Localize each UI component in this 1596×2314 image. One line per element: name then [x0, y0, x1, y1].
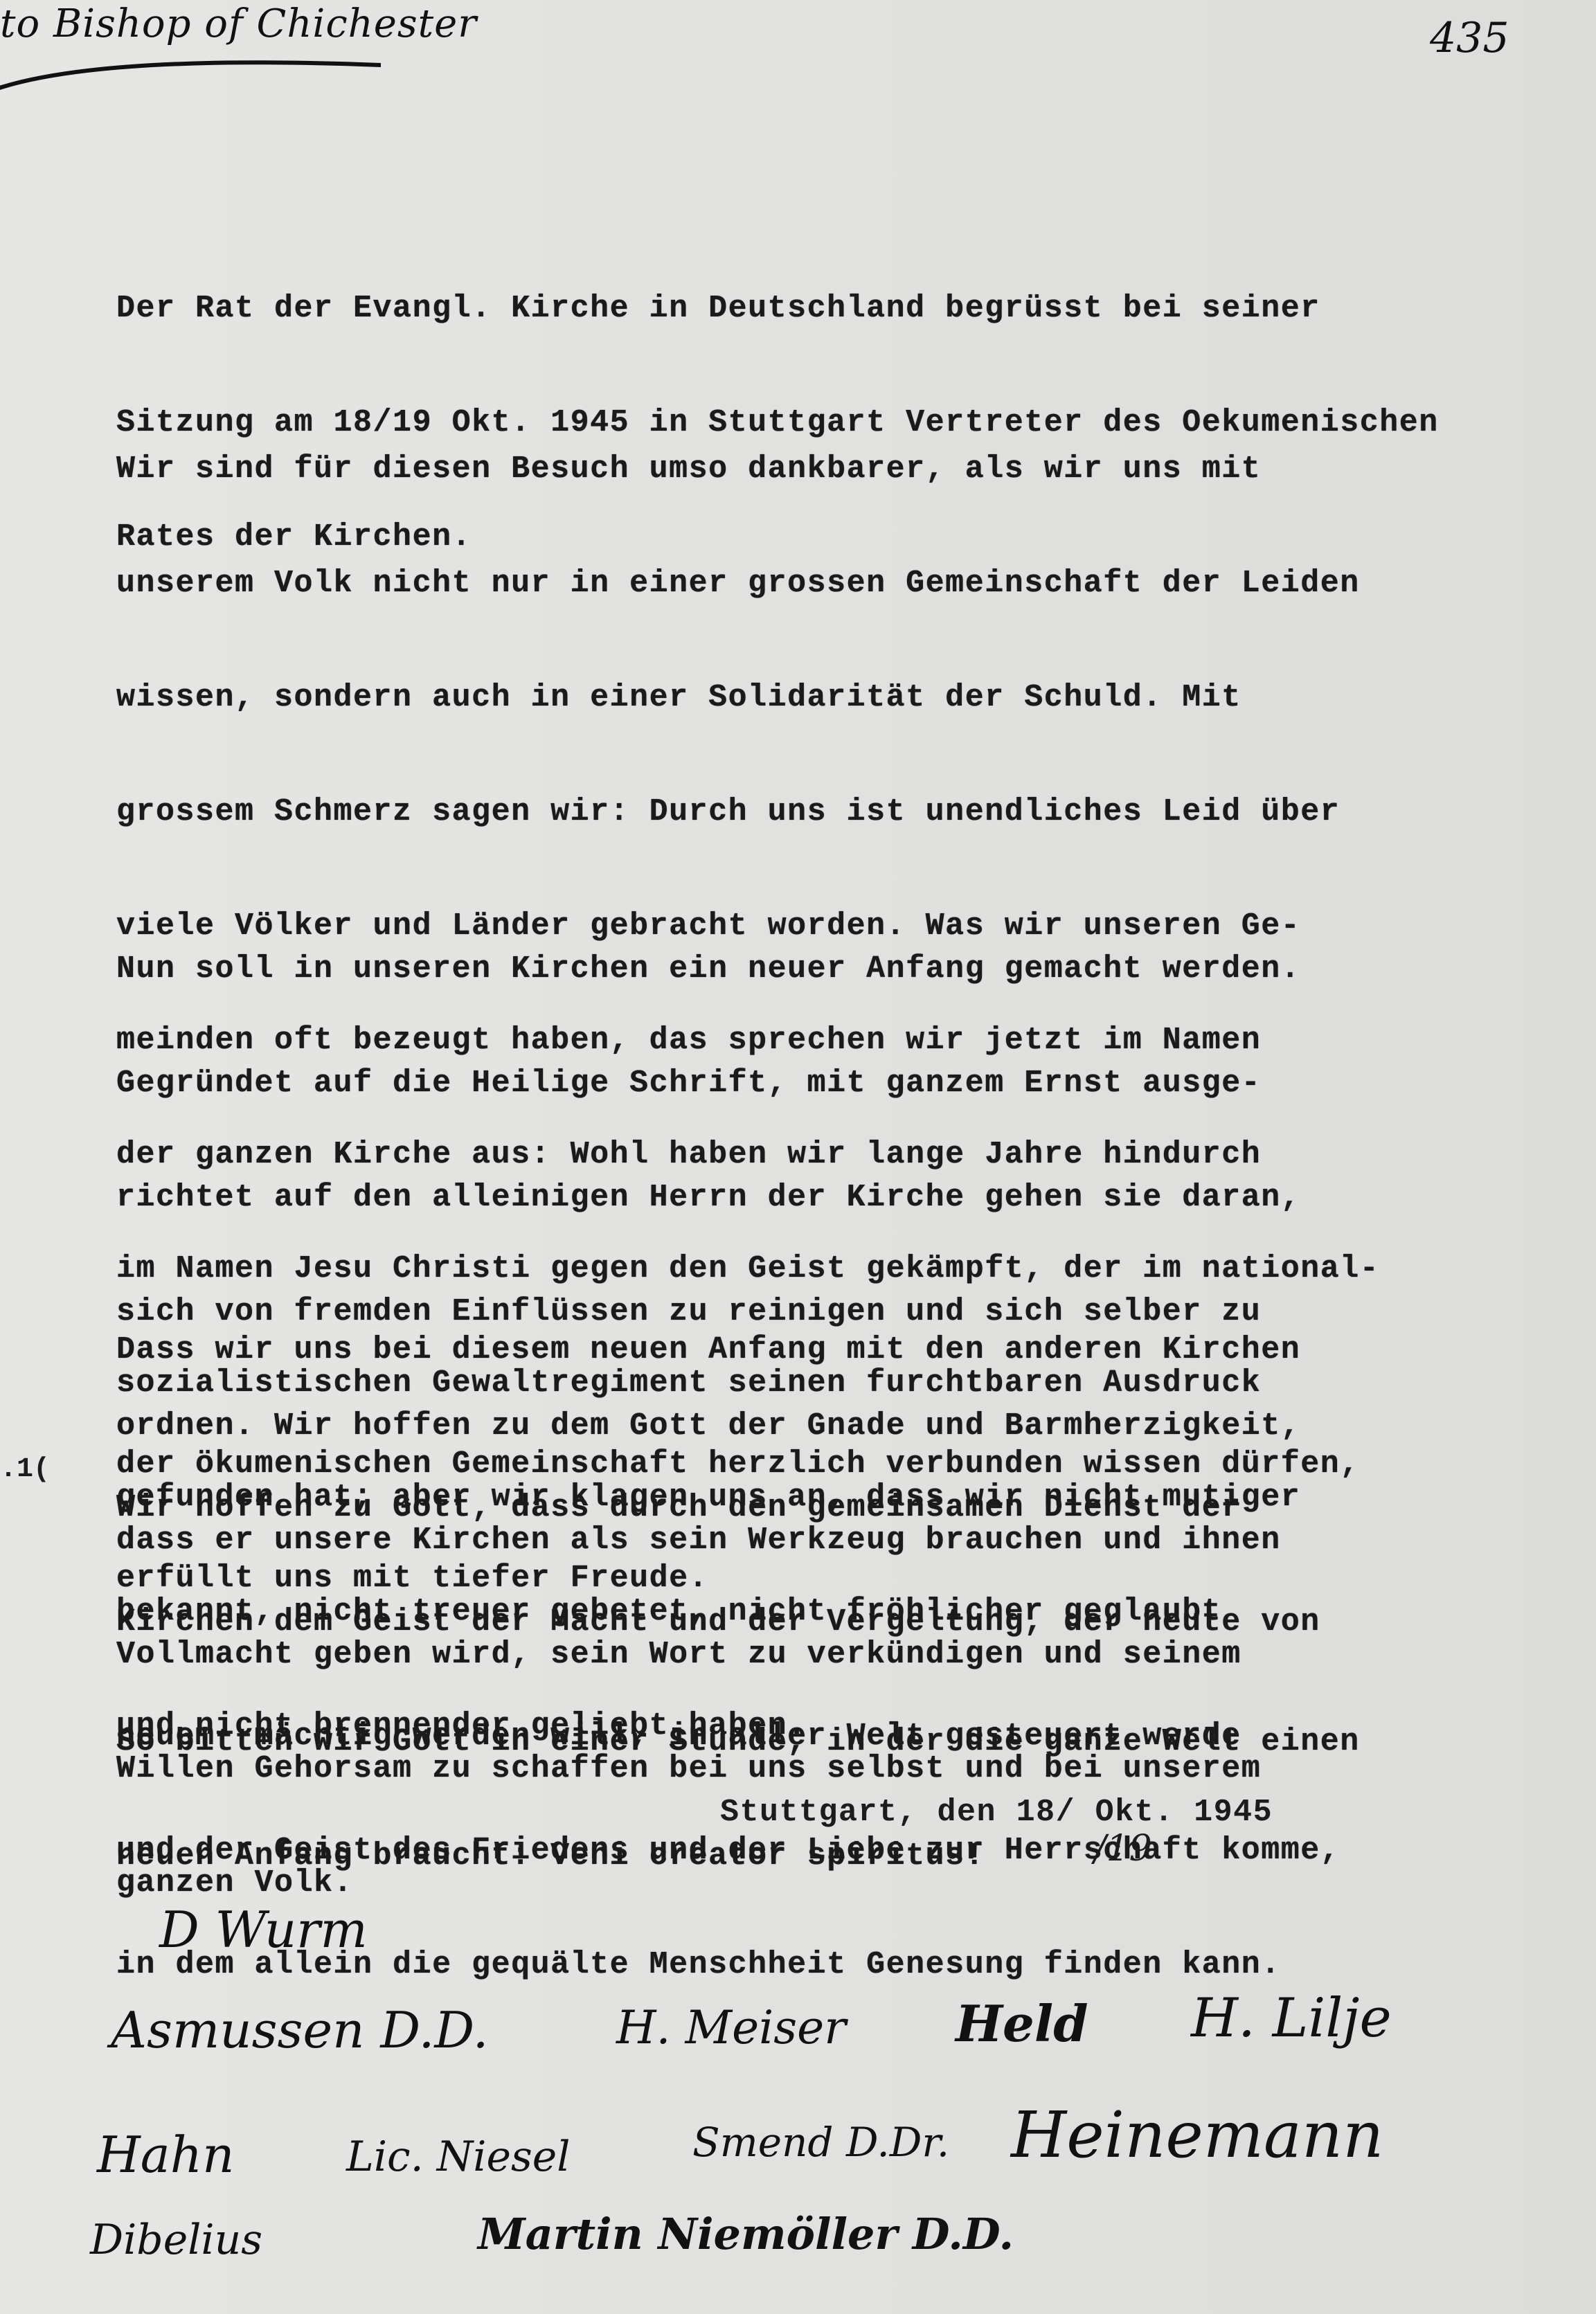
signature-heinemann: Heinemann	[1011, 2098, 1383, 2172]
dateline: Stuttgart, den 18/ Okt. 1945	[720, 1795, 1273, 1830]
text-line: Der Rat der Evangl. Kirche in Deutschlan…	[116, 289, 1557, 328]
page-number: 435	[1430, 14, 1509, 62]
text-line: richtet auf den alleinigen Herrn der Kir…	[116, 1178, 1557, 1217]
text-line: Gegründet auf die Heilige Schrift, mit g…	[116, 1064, 1557, 1102]
margin-mark: .1(	[0, 1454, 50, 1485]
text-line: So bitten wir Gott in einer Stunde, in d…	[116, 1723, 1557, 1761]
text-line: grossem Schmerz sagen wir: Durch uns ist…	[116, 793, 1557, 831]
signature-asmussen: Asmussen D.D.	[111, 2001, 488, 2059]
signature-hahn: Hahn	[97, 2126, 234, 2184]
text-line: unserem Volk nicht nur in einer grossen …	[116, 564, 1557, 602]
document-page: to Bishop of Chichester 435 Der Rat der …	[0, 0, 1596, 2314]
signature-dibelius: Dibelius	[90, 2216, 262, 2264]
text-line: Nun soll in unseren Kirchen ein neuer An…	[116, 950, 1557, 988]
text-line: Wir hoffen zu Gott, dass durch den gemei…	[116, 1489, 1557, 1527]
signature-meiser: H. Meiser	[616, 2001, 846, 2054]
text-line: neuen Anfang braucht: Veni creator spiri…	[116, 1837, 1557, 1875]
signature-held: Held	[956, 1994, 1088, 2053]
text-line: Dass wir uns bei diesem neuen Anfang mit…	[116, 1331, 1557, 1369]
signature-wurm: D Wurm	[159, 1901, 368, 1959]
signature-niemoeller: Martin Niemöller D.D.	[478, 2209, 1014, 2259]
handwritten-note: to Bishop of Chichester	[0, 1, 477, 46]
text-line: Kirchen dem Geist der Macht und der Verg…	[116, 1603, 1557, 1641]
underline-stroke	[0, 47, 381, 102]
signature-lilje: H. Lilje	[1191, 1987, 1392, 2050]
signature-niesel: Lic. Niesel	[346, 2133, 570, 2181]
text-line: Wir sind für diesen Besuch umso dankbare…	[116, 450, 1557, 488]
signature-smend: Smend D.Dr.	[692, 2119, 949, 2166]
date-correction: /19	[1094, 1828, 1152, 1869]
text-line: wissen, sondern auch in einer Solidaritä…	[116, 679, 1557, 717]
